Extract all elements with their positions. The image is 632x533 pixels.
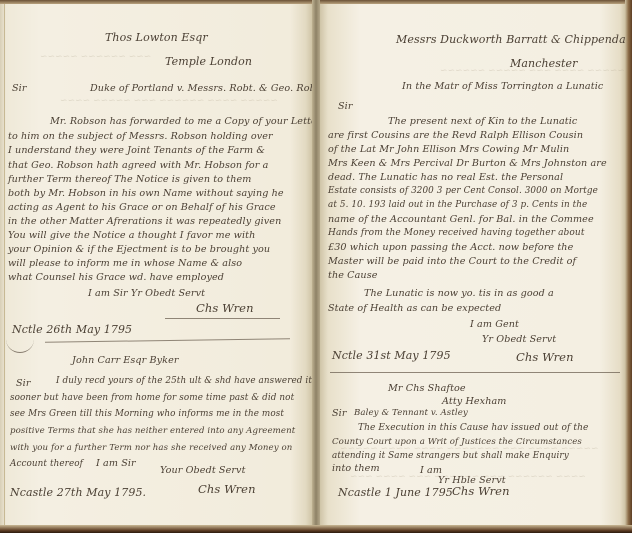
letter4-line: attending it Same strangers but shall ma… — [332, 452, 569, 461]
letter1-line: I understand they were Joint Tenants of … — [8, 146, 265, 156]
letter3-line: the Cause — [328, 271, 378, 281]
book-bottom-edge — [0, 525, 632, 533]
letter1-signature: Chs Wren — [196, 303, 254, 315]
letter1-line: further Term thereof The Notice is given… — [8, 175, 251, 185]
letter3-line: at 5. 10. 193 laid out in the Purchase o… — [328, 201, 587, 210]
letter1-salutation: Sir — [12, 84, 27, 94]
book-right-edge — [625, 0, 632, 533]
letter3-line: dead. The Lunatic has no real Est. the P… — [328, 173, 563, 183]
letter1-line: what Counsel his Grace wd. have employed — [8, 273, 224, 283]
date-flourish — [6, 326, 34, 353]
letter4-line: into them — [332, 464, 380, 474]
letter3-line: The present next of Kin to the Lunatic — [388, 117, 577, 127]
letter1-line: acting as Agent to his Grace or on Behal… — [8, 203, 276, 213]
letter2-salutation: Sir — [16, 379, 31, 389]
ink-bleed-through: ~~~~~ ~~~~ ~~~~~~ ~~~ ~~~~~ ~~~~ — [60, 96, 278, 106]
letter3-closing-2: Yr Obedt Servt — [482, 335, 556, 345]
letter2-line: see Mrs Green till this Morning who info… — [10, 410, 284, 419]
page-edge-line — [4, 4, 5, 525]
signature-underline — [165, 318, 280, 319]
letter3-subject: In the Matr of Miss Torrington a Lunatic — [402, 82, 603, 92]
letter4-signature: Chs Wren — [452, 486, 510, 498]
letter3-line: are first Cousins are the Revd Ralph Ell… — [328, 131, 583, 141]
letter3-paragraph2-line: The Lunatic is now yo. tis in as good a — [364, 289, 554, 299]
letter2-line: sooner but have been from home for some … — [10, 394, 294, 403]
letter4-line: The Execution in this Cause hav issued o… — [358, 424, 588, 433]
letter1-line: to him on the subject of Messrs. Robson … — [8, 132, 273, 142]
letter3-signature: Chs Wren — [516, 352, 574, 364]
letter2-line: Account thereof — [10, 460, 83, 469]
letter1-subject: Duke of Portland v. Messrs. Robt. & Geo.… — [90, 84, 312, 94]
letter1-line: Mr. Robson has forwarded to me a Copy of… — [50, 117, 312, 127]
letter1-addressee: Thos Lowton Esqr — [105, 32, 208, 43]
letter3-closing-1: I am Gent — [470, 320, 519, 330]
letter-separator-rule — [330, 372, 620, 373]
letter3-line: £30 which upon passing the Acct. now bef… — [328, 243, 573, 253]
letter3-line: Estate consists of 3200 3 per Cent Conso… — [328, 187, 598, 196]
letter1-line: in the other Matter Afrerations it was r… — [8, 217, 281, 227]
letter4-address: Atty Hexham — [442, 397, 507, 407]
letter4-salutation: Sir — [332, 409, 347, 419]
book-gutter — [312, 0, 320, 533]
letter2-closing-1: I am Sir — [96, 459, 136, 469]
letter1-address: Temple London — [165, 56, 252, 67]
letter1-line: that Geo. Robson hath agreed with Mr. Ho… — [8, 161, 268, 171]
letter2-addressee: John Carr Esqr Byker — [72, 356, 179, 366]
letter3-line: name of the Accountant Genl. for Bal. in… — [328, 215, 594, 225]
letter3-paragraph2-line: State of Health as can be expected — [328, 304, 501, 314]
letter2-line: I duly recd yours of the 25th ult & shd … — [56, 377, 312, 386]
letter3-line: Hands from the Money received having tog… — [328, 229, 585, 238]
letter4-subject: Baley & Tennant v. Astley — [354, 409, 468, 418]
letter-separator-rule — [45, 338, 290, 342]
letter3-line: Master will be paid into the Court to th… — [328, 257, 576, 267]
letter2-line: with you for a further Term nor has she … — [10, 444, 292, 453]
letter3-line: of the Lat Mr John Ellison Mrs Cowing Mr… — [328, 145, 569, 155]
letter1-line: your Opinion & if the Ejectment is to be… — [8, 245, 270, 255]
letter1-line: will please to inform me in whose Name &… — [8, 259, 242, 269]
letter2-line: positive Terms that she has neither ente… — [10, 427, 295, 436]
letter3-salutation: Sir — [338, 102, 353, 112]
letter4-line: County Court upon a Writ of Justices the… — [332, 438, 582, 447]
ink-bleed-through: ~~~ ~~~~~~ ~~~~~ — [40, 52, 151, 62]
letter3-addressee: Messrs Duckworth Barratt & Chippendale — [396, 34, 625, 45]
letter1-line: You will give the Notice a thought I fav… — [8, 231, 255, 241]
letter1-line: both by Mr. Hobson in his own Name witho… — [8, 189, 284, 199]
left-page: ~~~ ~~~~~~ ~~~~~ ~~~~~ ~~~~ ~~~~~~ ~~~ ~… — [0, 4, 312, 525]
letter3-line: Mrs Keen & Mrs Percival Dr Burton & Mrs … — [328, 159, 607, 169]
letter3-address: Manchester — [510, 58, 578, 69]
letter2-date: Ncastle 27th May 1795. — [10, 487, 146, 498]
letter3-date: Nctle 31st May 1795 — [332, 350, 451, 361]
letter1-closing: I am Sir Yr Obedt Servt — [88, 289, 205, 299]
letter-book-spread: ~~~ ~~~~~~ ~~~~~ ~~~~~ ~~~~ ~~~~~~ ~~~ ~… — [0, 0, 632, 533]
letter2-closing-2: Your Obedt Servt — [160, 466, 246, 476]
letter4-date: Ncastle 1 June 1795 — [338, 487, 453, 498]
letter2-signature: Chs Wren — [198, 484, 256, 496]
letter4-addressee: Mr Chs Shaftoe — [388, 384, 466, 394]
right-page: ~~~~~~ ~~~~ ~~~ ~~~~~ ~~~~~~ ~~~~~ ~~~~ … — [320, 4, 625, 525]
